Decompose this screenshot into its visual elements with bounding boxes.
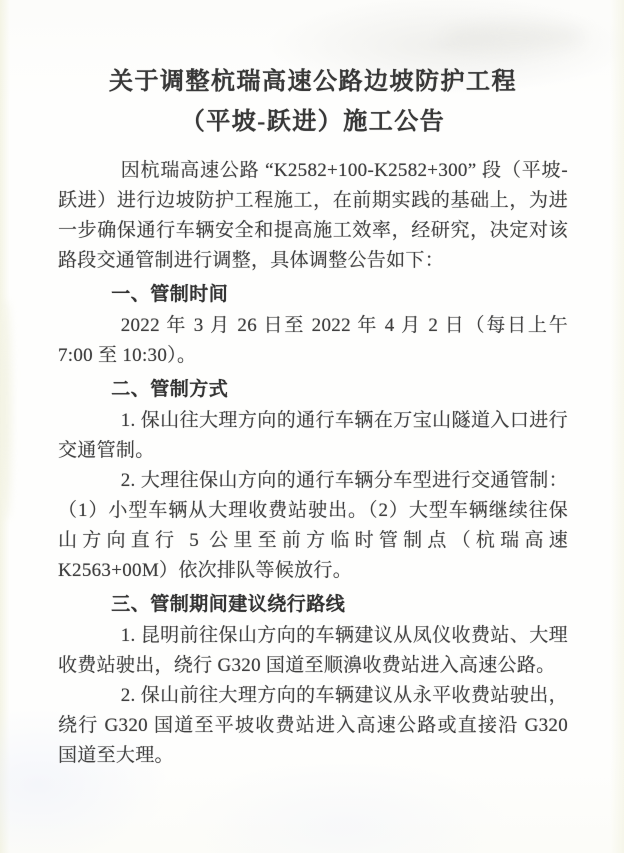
para-control-method-1: 1. 保山往大理方向的通行车辆在万宝山隧道入口进行交通管制。	[58, 406, 568, 466]
heading-control-method: 二、管制方式	[58, 375, 568, 405]
para-detour-route-1: 1. 昆明前往保山方向的车辆建议从凤仪收费站、大理收费站驶出，绕行 G320 国…	[58, 621, 568, 681]
para-detour-route-2: 2. 保山前往大理方向的车辆建议从永平收费站驶出，绕行 G320 国道至平坡收费…	[58, 681, 568, 771]
heading-detour-routes: 三、管制期间建议绕行路线	[58, 590, 568, 620]
notice-title-line-1: 关于调整杭瑞高速公路边坡防护工程	[58, 62, 568, 102]
notice-title: 关于调整杭瑞高速公路边坡防护工程 （平坡-跃进）施工公告	[58, 62, 568, 142]
intro-paragraph: 因杭瑞高速公路 “K2582+100-K2582+300” 段（平坡-跃进）进行…	[58, 156, 568, 276]
notice-content: 关于调整杭瑞高速公路边坡防护工程 （平坡-跃进）施工公告 因杭瑞高速公路 “K2…	[58, 62, 568, 771]
para-control-method-2: 2. 大理往保山方向的通行车辆分车型进行交通管制：（1）小型车辆从大理收费站驶出…	[58, 466, 568, 586]
notice-title-line-2: （平坡-跃进）施工公告	[58, 102, 568, 142]
scan-smudge	[444, 24, 584, 50]
scan-smudge	[2, 300, 12, 520]
heading-control-time: 一、管制时间	[58, 280, 568, 310]
para-control-time: 2022 年 3 月 26 日至 2022 年 4 月 2 日（每日上午 7:0…	[58, 311, 568, 371]
scanned-notice-page: 关于调整杭瑞高速公路边坡防护工程 （平坡-跃进）施工公告 因杭瑞高速公路 “K2…	[0, 0, 624, 853]
